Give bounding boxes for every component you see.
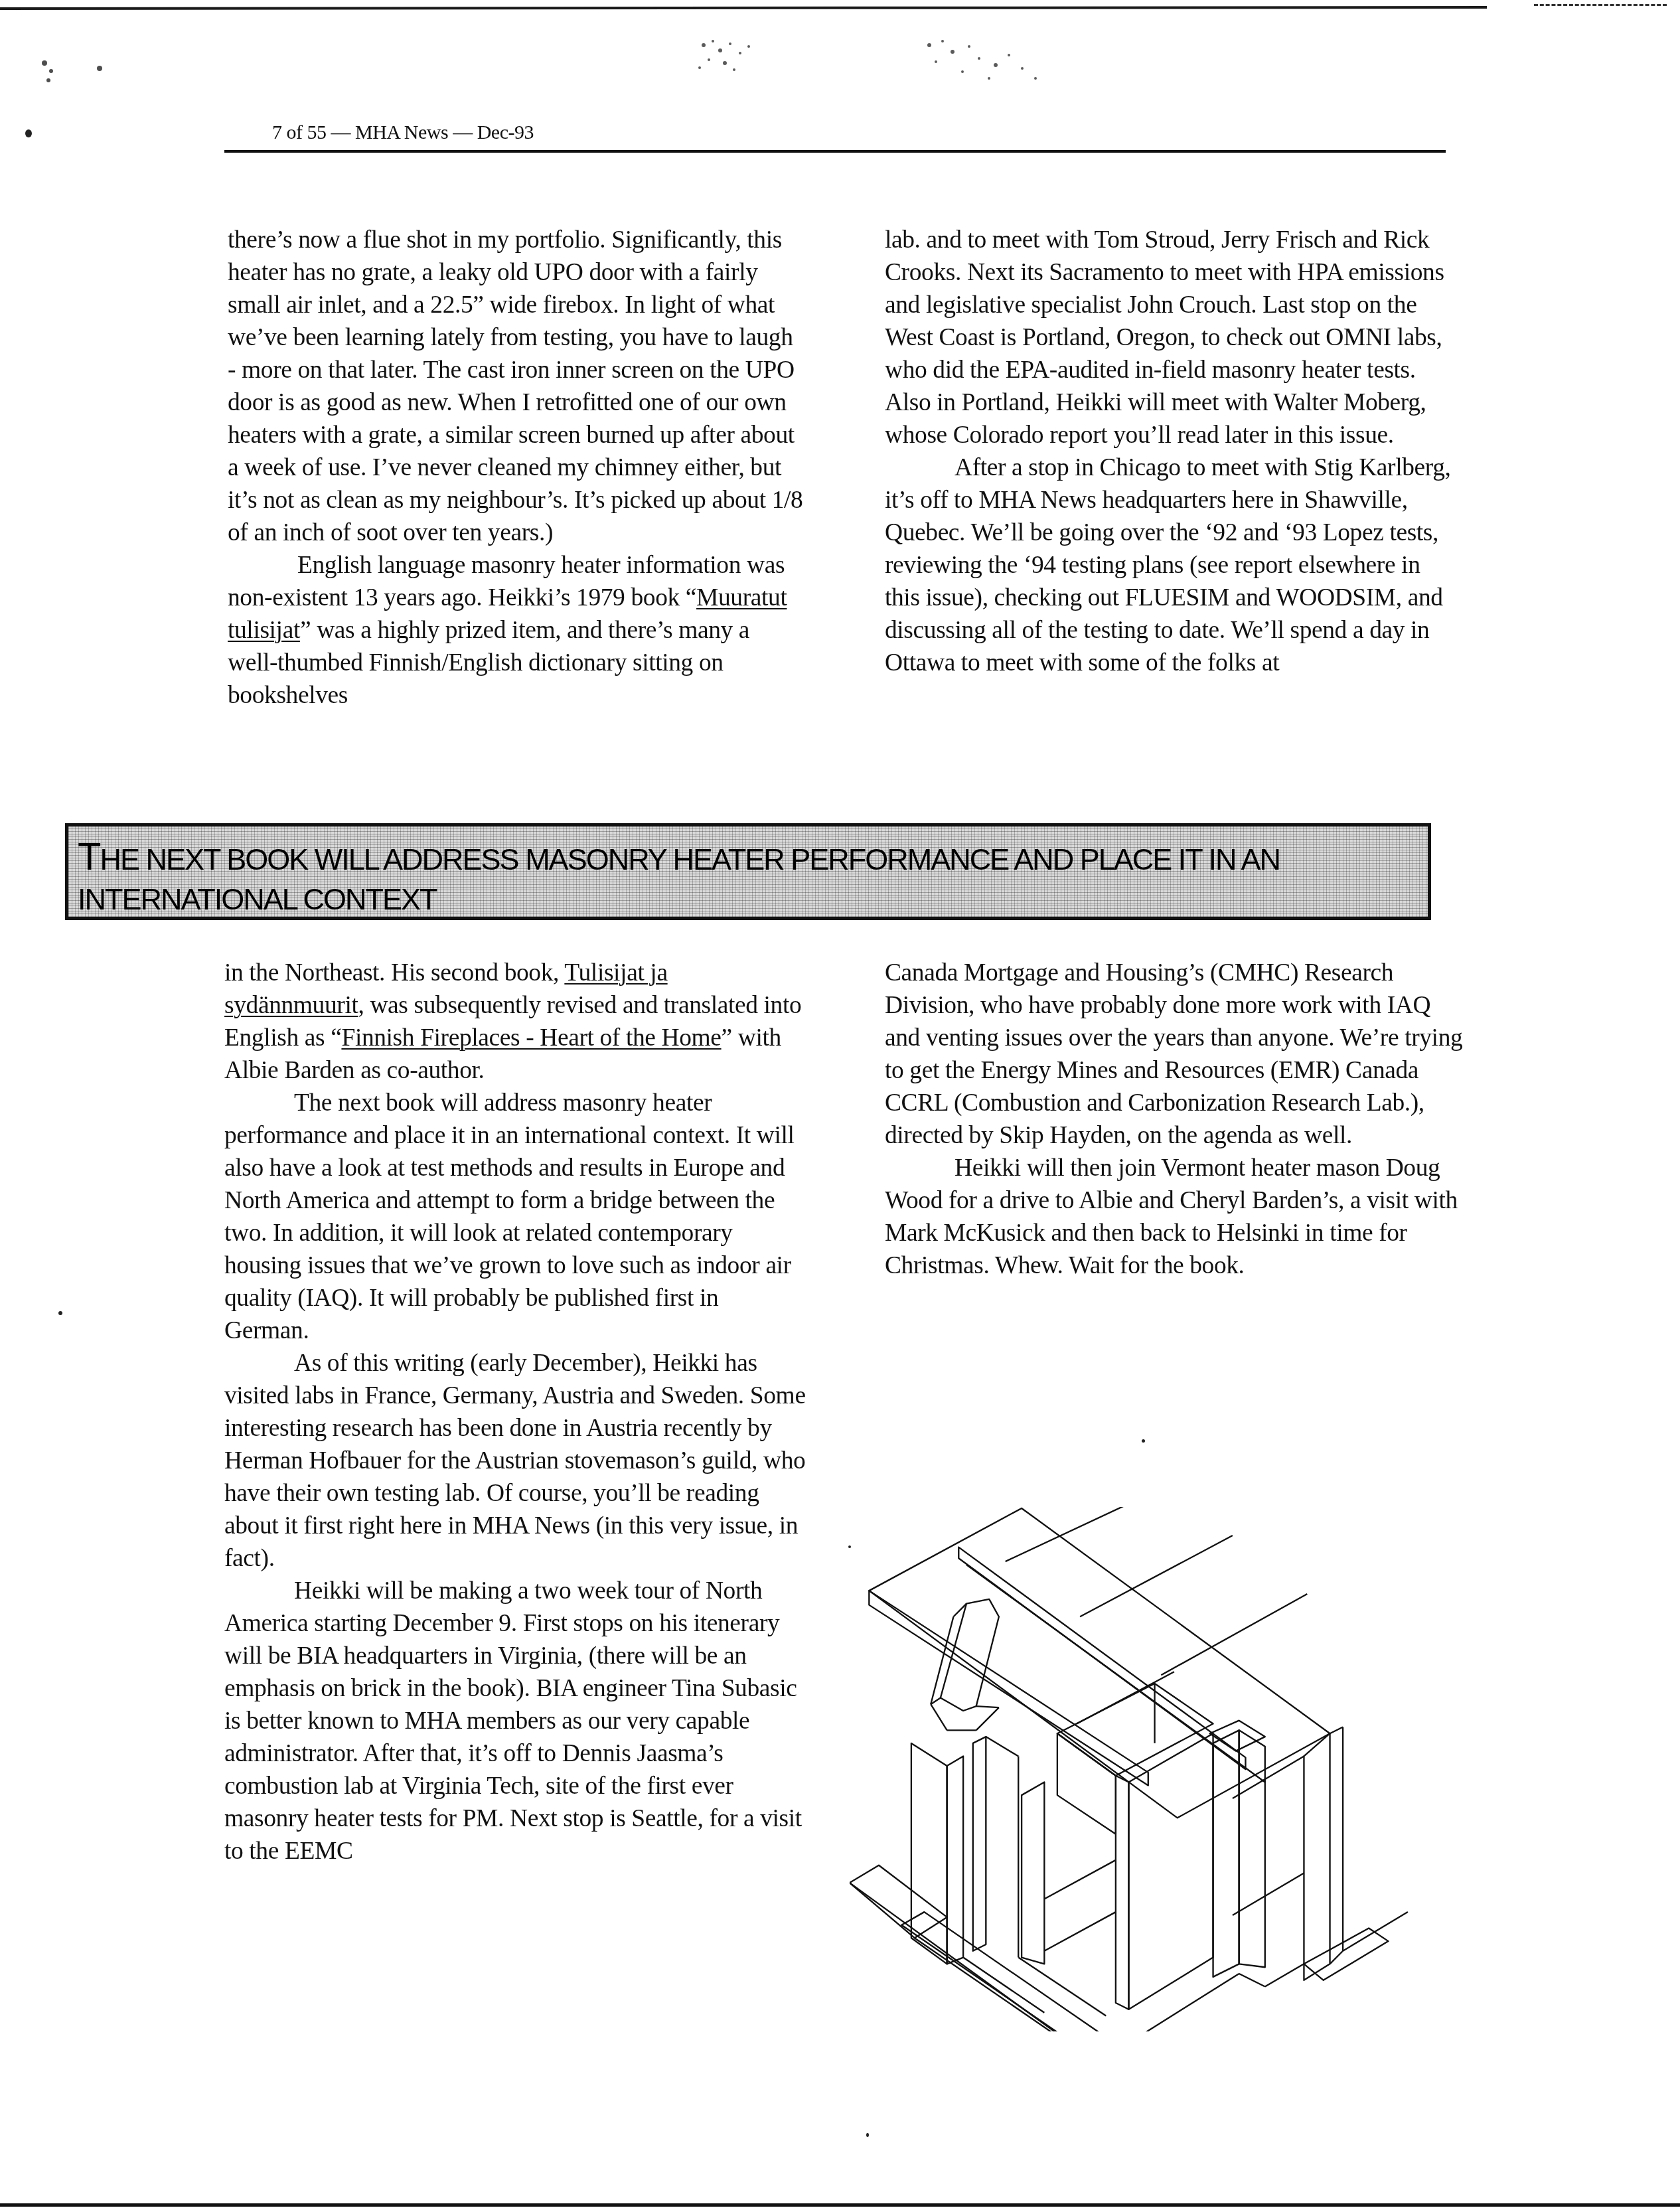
book-title-finnish-fireplaces: Finnish Fireplaces - Heart of the Home <box>341 1024 721 1052</box>
running-head: 7 of 55 — MHA News — Dec-93 <box>272 121 534 144</box>
paragraph: there’s now a flue shot in my portfolio.… <box>228 224 805 549</box>
scan-speck <box>58 1311 62 1315</box>
scan-noise-icon <box>916 32 1062 92</box>
header-rule <box>224 150 1446 153</box>
paragraph-text: in the Northeast. His second book, <box>224 959 564 986</box>
scan-noise-icon <box>690 33 763 80</box>
scan-speck <box>1142 1439 1145 1443</box>
column-top-left: there’s now a flue shot in my portfolio.… <box>228 224 805 712</box>
scan-border-top <box>0 6 1487 10</box>
paragraph: Heikki will then join Vermont heater mas… <box>885 1152 1469 1282</box>
paragraph: After a stop in Chicago to meet with Sti… <box>885 451 1456 679</box>
paragraph: lab. and to meet with Tom Stroud, Jerry … <box>885 224 1456 451</box>
paragraph: in the Northeast. His second book, Tulis… <box>224 957 808 1087</box>
paragraph: As of this writing (early December), Hei… <box>224 1347 808 1575</box>
pull-quote-banner: The next book will address masonry heate… <box>65 823 1431 920</box>
paragraph-text: ” was a highly prized item, and there’s … <box>228 617 749 709</box>
scan-border-bottom <box>0 2203 1680 2207</box>
paragraph: Canada Mortgage and Housing’s (CMHC) Res… <box>885 957 1469 1152</box>
scan-noise-icon <box>37 56 110 96</box>
column-bottom-right: Canada Mortgage and Housing’s (CMHC) Res… <box>885 957 1469 1282</box>
pull-quote-dropcap: T <box>78 835 100 878</box>
paragraph: The next book will address masonry heate… <box>224 1087 808 1347</box>
scan-speck <box>25 129 32 137</box>
scan-speck <box>866 2133 869 2137</box>
column-top-right: lab. and to meet with Tom Stroud, Jerry … <box>885 224 1456 679</box>
column-bottom-left: in the Northeast. His second book, Tulis… <box>224 957 808 1867</box>
paragraph: Heikki will be making a two week tour of… <box>224 1575 808 1867</box>
scan-border-top-dash <box>1534 4 1667 6</box>
masonry-heater-isometric-drawing-icon <box>850 1507 1434 2031</box>
pull-quote-text: he next book will address masonry heater… <box>78 842 1280 916</box>
paragraph: English language masonry heater informat… <box>228 549 805 712</box>
